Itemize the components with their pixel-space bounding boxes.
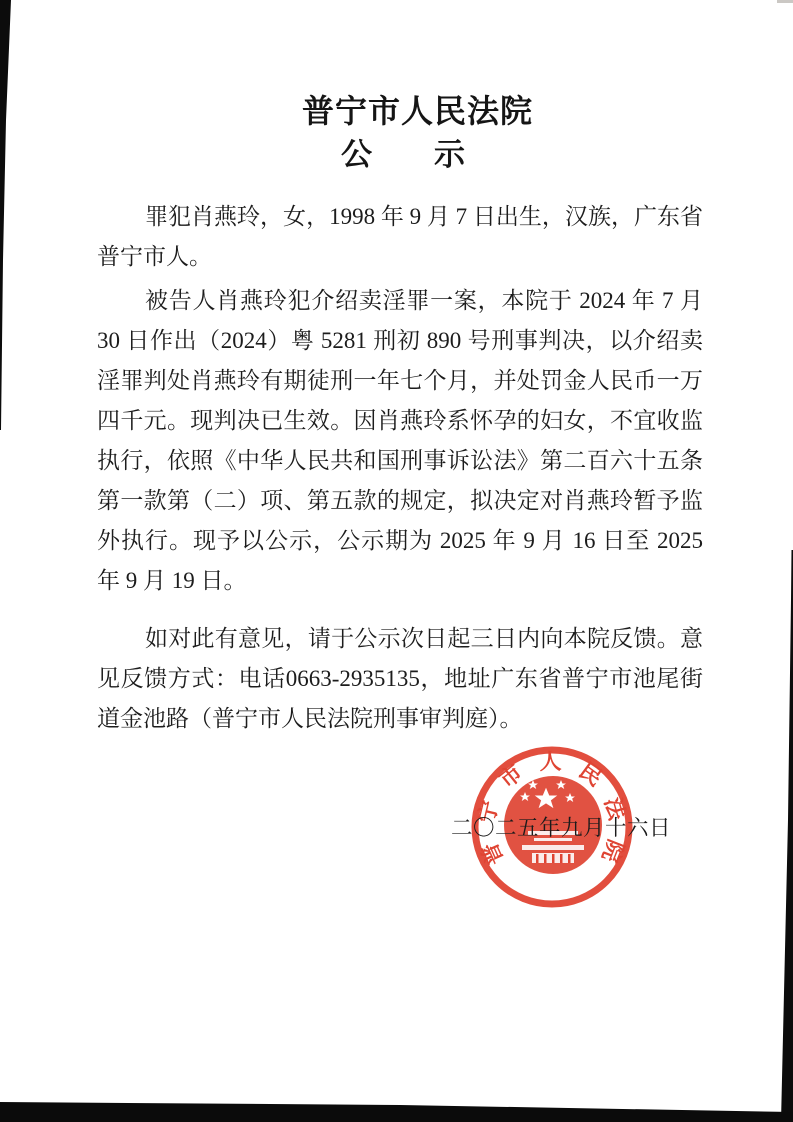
text-line: 淫罪判处肖燕玲有期徒刑一年七个月，并处罚金人民币一万	[97, 361, 703, 401]
text-line: 罪犯肖燕玲，女，1998 年 9 月 7 日出生，汉族，广东省	[97, 197, 703, 237]
paragraph-offender-info: 罪犯肖燕玲，女，1998 年 9 月 7 日出生，汉族，广东省 普宁市人。	[97, 197, 703, 277]
text-line: 30 日作出（2024）粤 5281 刑初 890 号刑事判决，以介绍卖	[97, 321, 703, 361]
paragraph-feedback-contact: 如对此有意见，请于公示次日起三日内向本院反馈。意 见反馈方式：电话0663-29…	[97, 619, 703, 739]
text-line: 年 9 月 19 日。	[97, 561, 703, 601]
scanned-notice-page: 普宁市人民法院 公 示 罪犯肖燕玲，女，1998 年 9 月 7 日出生，汉族，…	[0, 0, 793, 1122]
text-line: 普宁市人。	[97, 237, 703, 277]
issue-date: 二〇二五年九月十六日	[451, 816, 671, 840]
text-line: 如对此有意见，请于公示次日起三日内向本院反馈。意	[97, 619, 703, 659]
text-line: 四千元。现判决已生效。因肖燕玲系怀孕的妇女，不宜收监	[97, 401, 703, 441]
text-line: 外执行。现予以公示，公示期为 2025 年 9 月 16 日至 2025	[97, 521, 703, 561]
text-line: 被告人肖燕玲犯介绍卖淫罪一案，本院于 2024 年 7 月	[97, 281, 703, 321]
notice-body: 罪犯肖燕玲，女，1998 年 9 月 7 日出生，汉族，广东省 普宁市人。 被告…	[97, 197, 703, 739]
text-line: 见反馈方式：电话0663-2935135，地址广东省普宁市池尾街	[97, 659, 703, 699]
notice-heading: 公 示	[0, 137, 793, 173]
text-line: 执行，依照《中华人民共和国刑事诉讼法》第二百六十五条	[97, 441, 703, 481]
text-line: 道金池路（普宁市人民法院刑事审判庭）。	[97, 699, 703, 739]
paragraph-judgment-details: 被告人肖燕玲犯介绍卖淫罪一案，本院于 2024 年 7 月 30 日作出（202…	[97, 281, 703, 601]
court-name-title: 普宁市人民法院	[302, 92, 533, 130]
text-line: 第一款第（二）项、第五款的规定，拟决定对肖燕玲暂予监	[97, 481, 703, 521]
